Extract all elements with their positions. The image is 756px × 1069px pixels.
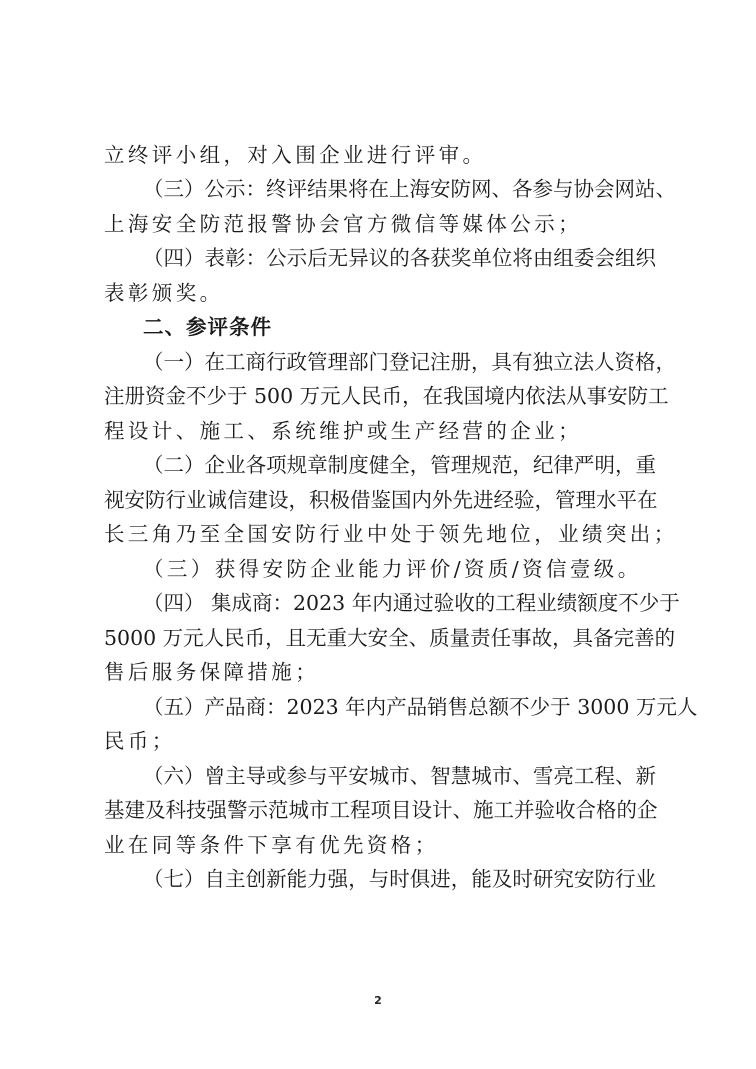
section-heading: 二、参评条件 [143, 312, 656, 342]
paragraph-start: （七）自主创新能力强，与时俱进，能及时研究安防行业 [143, 864, 656, 894]
page-number: 2 [368, 994, 388, 1007]
paragraph-start: （三）公示：终评结果将在上海安防网、各参与协会网站、 [143, 174, 656, 204]
text-line: 表彰颁奖。 [104, 278, 656, 308]
text-line: 基建及科技强警示范城市工程项目设计、施工并验收合格的企 [104, 795, 656, 825]
document-page: 立终评小组，对入围企业进行评审。 （三）公示：终评结果将在上海安防网、各参与协会… [0, 0, 756, 1069]
paragraph-start: （一）在工商行政管理部门登记注册，具有独立法人资格， [143, 347, 656, 377]
text-line: 售后服务保障措施； [104, 657, 656, 687]
text-line: 民币； [104, 726, 656, 756]
text-line: 视安防行业诚信建设，积极借鉴国内外先进经验，管理水平在 [104, 485, 656, 515]
text-line: 注册资金不少于 500 万元人民币，在我国境内依法从事安防工 [104, 381, 656, 411]
text-line: 5000 万元人民币，且无重大安全、质量责任事故，具备完善的 [104, 623, 656, 653]
paragraph-start: （五）产品商：2023 年内产品销售总额不少于 3000 万元人 [143, 692, 656, 722]
paragraph-start: （三）获得安防企业能力评价/资质/资信壹级。 [143, 554, 656, 584]
text-line: 业在同等条件下享有优先资格； [104, 830, 656, 860]
paragraph-start: （四） 集成商：2023 年内通过验收的工程业绩额度不少于 [143, 588, 656, 618]
text-line: 立终评小组，对入围企业进行评审。 [104, 140, 656, 170]
text-line: 上海安全防范报警协会官方微信等媒体公示； [104, 209, 656, 239]
text-line: 程设计、施工、系统维护或生产经营的企业； [104, 416, 656, 446]
text-line: 长三角乃至全国安防行业中处于领先地位，业绩突出； [104, 519, 656, 549]
paragraph-start: （二）企业各项规章制度健全，管理规范，纪律严明，重 [143, 450, 656, 480]
paragraph-start: （六）曾主导或参与平安城市、智慧城市、雪亮工程、新 [143, 761, 656, 791]
paragraph-start: （四）表彰：公示后无异议的各获奖单位将由组委会组织 [143, 243, 656, 273]
